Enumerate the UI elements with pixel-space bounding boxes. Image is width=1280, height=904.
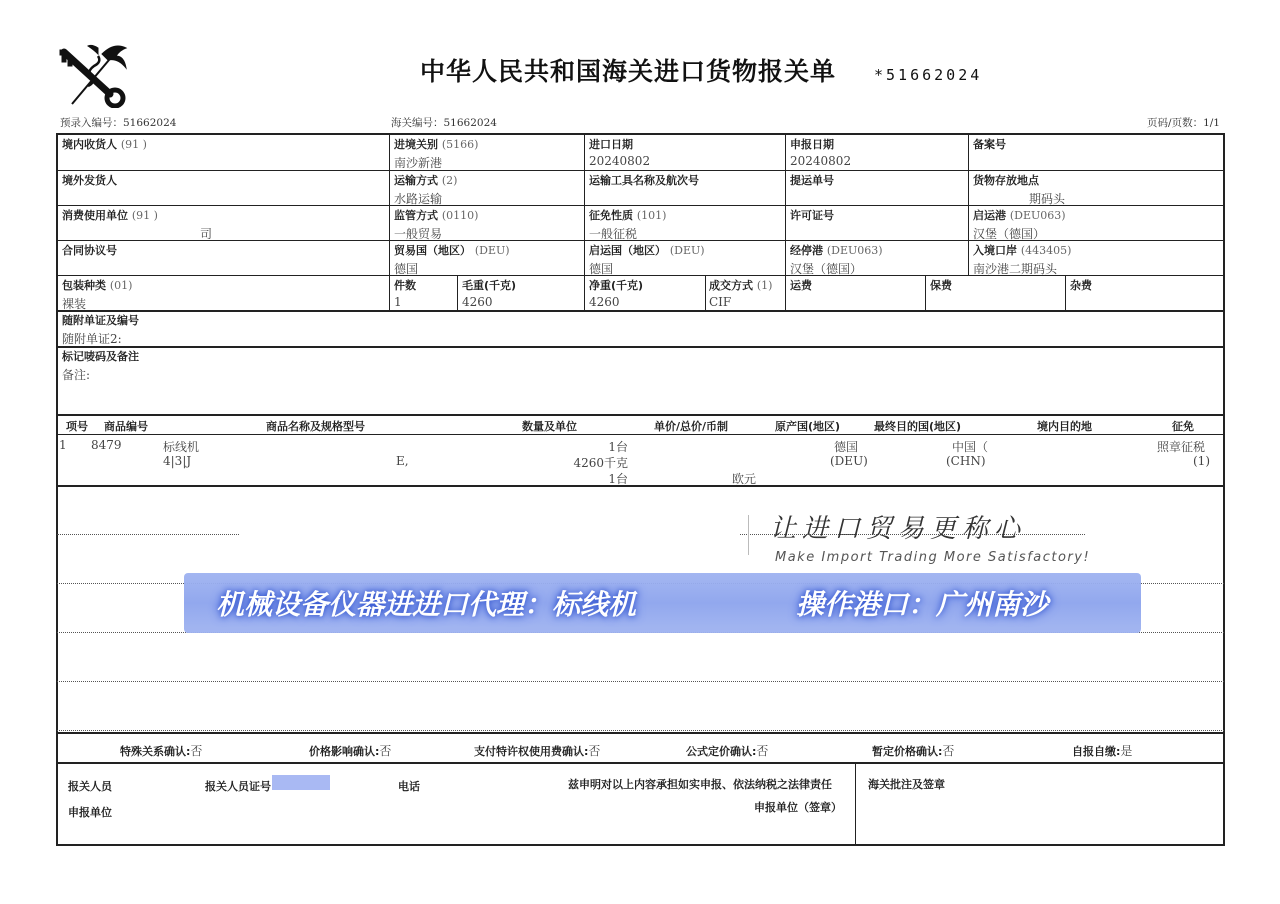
field-package-type: 包装种类 (01) 裸装 xyxy=(62,277,132,312)
entry-customs-value: 南沙新港 xyxy=(394,154,478,171)
header-domestic-dest: 境内目的地 xyxy=(1037,418,1092,434)
consumer-unit-label: 消费使用单位 xyxy=(62,209,128,222)
departure-port-value: 汉堡（德国） xyxy=(973,225,1066,242)
qty-1: 1台 xyxy=(608,438,628,455)
net-weight-label: 净重(千克) xyxy=(589,277,643,293)
field-consignor: 境外发货人 xyxy=(62,172,117,188)
departure-port-label: 启运港 xyxy=(973,209,1006,222)
dotted-line xyxy=(57,730,1224,731)
storage-place-label: 货物存放地点 xyxy=(973,172,1065,188)
officer-id-redaction xyxy=(272,775,330,790)
goods-spec-tail: E, xyxy=(396,454,409,468)
row-divider xyxy=(57,434,1224,435)
goods-spec: 4|3|J xyxy=(163,454,191,468)
field-import-date: 进口日期 20240802 xyxy=(589,136,650,168)
pieces-value: 1 xyxy=(394,295,416,309)
import-date-value: 20240802 xyxy=(589,154,650,168)
row-divider xyxy=(57,732,1224,734)
declaration-statement: 兹申明对以上内容承担如实申报、依法纳税之法律责任 xyxy=(568,776,832,792)
deal-mode-code: (1) xyxy=(757,279,773,292)
origin-country-value: 德国 xyxy=(589,260,705,277)
levy-nature-code: (101) xyxy=(637,209,667,222)
col-divider xyxy=(584,134,585,275)
package-type-label: 包装种类 xyxy=(62,279,106,292)
field-bill-no: 提运单号 xyxy=(790,172,834,188)
banner-service-text: 机械设备仪器进进口代理：标线机 xyxy=(216,583,636,623)
slogan-divider xyxy=(748,515,749,555)
field-declare-date: 申报日期 20240802 xyxy=(790,136,851,168)
row-divider xyxy=(57,762,1224,764)
customs-number: 海关编号：51662024 xyxy=(391,115,497,130)
confirm-value: 否 xyxy=(588,744,600,758)
consumer-unit-code: (91 ) xyxy=(132,209,158,222)
supervision-mode-label: 监管方式 xyxy=(394,209,438,222)
deal-mode-label: 成交方式 xyxy=(709,279,753,292)
field-marks-remarks: 标记唛码及备注 备注: xyxy=(62,348,139,383)
header-origin: 原产国(地区) xyxy=(775,418,840,434)
bill-no-label: 提运单号 xyxy=(790,172,834,188)
license-no-label: 许可证号 xyxy=(790,207,834,223)
confirm-label: 特殊关系确认: xyxy=(120,745,190,758)
header-hs-code: 商品编号 xyxy=(104,418,148,434)
transit-port-value: 汉堡（德国） xyxy=(790,260,883,277)
levy-nature-label: 征免性质 xyxy=(589,209,633,222)
page-indicator: 页码/页数：1/1 xyxy=(1147,115,1220,130)
slogan-chinese: 让进口贸易更称心 xyxy=(770,508,1026,545)
confirm-value: 否 xyxy=(379,744,391,758)
origin-country-code: (DEU) xyxy=(670,244,705,257)
customs-approval-label: 海关批注及签章 xyxy=(868,776,945,792)
field-misc-fee: 杂费 xyxy=(1070,277,1092,293)
item-no: 1 xyxy=(59,438,67,452)
field-contract-no: 合同协议号 xyxy=(62,242,117,258)
col-divider xyxy=(925,275,926,310)
confirm-label: 自报自缴: xyxy=(1072,745,1120,758)
col-divider xyxy=(584,275,585,310)
storage-place-value: 期码头 xyxy=(973,190,1065,207)
field-freight: 运费 xyxy=(790,277,812,293)
consumer-unit-value: 司 xyxy=(62,225,212,242)
row-divider xyxy=(57,485,1224,487)
confirm-formula-pricing: 公式定价确认:否 xyxy=(686,740,768,759)
dotted-line xyxy=(57,534,239,535)
freight-label: 运费 xyxy=(790,277,812,293)
page-indicator-value: 1/1 xyxy=(1203,117,1220,129)
final-dest-code: (CHN) xyxy=(946,454,986,468)
confirm-royalty: 支付特许权使用费确认:否 xyxy=(474,740,600,759)
header-item-no: 项号 xyxy=(66,418,88,434)
confirm-value: 否 xyxy=(942,744,954,758)
field-pieces: 件数 1 xyxy=(394,277,416,309)
contract-no-label: 合同协议号 xyxy=(62,242,117,258)
field-consumer-unit: 消费使用单位 (91 ) 司 xyxy=(62,207,212,242)
transport-mode-code: (2) xyxy=(442,174,458,187)
field-storage-place: 货物存放地点 期码头 xyxy=(973,172,1065,207)
marks-remarks-label: 标记唛码及备注 xyxy=(62,348,139,364)
hs-code: 8479 xyxy=(91,438,122,452)
entry-port-code: (443405) xyxy=(1021,244,1072,257)
origin-country-code: (DEU) xyxy=(830,454,868,468)
marks-remarks-value: 备注: xyxy=(62,366,139,383)
col-divider xyxy=(855,763,856,845)
field-origin-country: 启运国（地区） (DEU) 德国 xyxy=(589,242,705,277)
col-divider xyxy=(785,134,786,275)
col-divider xyxy=(389,134,390,275)
confirm-price-influence: 价格影响确认:否 xyxy=(309,740,391,759)
currency: 欧元 xyxy=(732,470,756,487)
col-divider xyxy=(1065,275,1066,310)
header-levy: 征免 xyxy=(1172,418,1194,434)
transport-mode-value: 水路运输 xyxy=(394,190,457,207)
page-indicator-label: 页码/页数： xyxy=(1147,117,1203,129)
field-entry-customs: 进境关别 (5166) 南沙新港 xyxy=(394,136,478,171)
origin-country-label: 启运国（地区） xyxy=(589,244,666,257)
field-attached-docs: 随附单证及编号 随附单证2: xyxy=(62,312,139,347)
pre-entry-number-label: 预录入编号： xyxy=(60,117,123,129)
gross-weight-label: 毛重(千克) xyxy=(462,277,516,293)
phone-label: 电话 xyxy=(398,778,420,794)
field-entry-port: 入境口岸 (443405) 南沙港二期码头 xyxy=(973,242,1071,277)
goods-name: 标线机 xyxy=(163,438,199,455)
header-name-spec: 商品名称及规格型号 xyxy=(266,418,365,434)
field-gross-weight: 毛重(千克) 4260 xyxy=(462,277,516,309)
entry-customs-code: (5166) xyxy=(442,138,479,151)
entry-port-value: 南沙港二期码头 xyxy=(973,260,1071,277)
qty-3: 1台 xyxy=(608,470,628,487)
field-levy-nature: 征免性质 (101) 一般征税 xyxy=(589,207,666,242)
field-consignee: 境内收货人 (91 ) xyxy=(62,136,147,152)
barcode-number: *51662024 xyxy=(874,66,982,84)
confirm-label: 价格影响确认: xyxy=(309,745,379,758)
field-license-no: 许可证号 xyxy=(790,207,834,223)
field-transport-mode: 运输方式 (2) 水路运输 xyxy=(394,172,457,207)
transit-port-code: (DEU063) xyxy=(827,244,883,257)
consignee-label: 境内收货人 xyxy=(62,138,117,151)
attached-docs-label: 随附单证及编号 xyxy=(62,312,139,328)
final-dest: 中国（ xyxy=(952,438,988,455)
pieces-label: 件数 xyxy=(394,277,416,293)
net-weight-value: 4260 xyxy=(589,295,643,309)
package-type-code: (01) xyxy=(110,279,133,292)
record-no-label: 备案号 xyxy=(973,136,1006,152)
confirm-special-relation: 特殊关系确认:否 xyxy=(120,740,202,759)
declarant-seal-label: 申报单位（签章） xyxy=(754,799,842,815)
consignee-code: (91 ) xyxy=(121,138,147,151)
row-divider xyxy=(57,346,1224,348)
document-title: 中华人民共和国海关进口货物报关单 xyxy=(420,52,836,88)
banner-port-text: 操作港口：广州南沙 xyxy=(796,583,1048,623)
confirm-value: 是 xyxy=(1120,744,1132,758)
col-divider xyxy=(389,275,390,310)
customs-number-value: 51662024 xyxy=(444,117,497,129)
deal-mode-value: CIF xyxy=(709,295,772,309)
officer-label: 报关人员 xyxy=(68,778,112,794)
key-caduceus-icon xyxy=(58,40,130,108)
confirm-label: 公式定价确认: xyxy=(686,745,756,758)
import-date-label: 进口日期 xyxy=(589,136,650,152)
levy-mode-code: (1) xyxy=(1193,454,1210,468)
header-price-currency: 单价/总价/币制 xyxy=(654,418,728,434)
customs-number-label: 海关编号： xyxy=(391,117,444,129)
entry-customs-label: 进境关别 xyxy=(394,138,438,151)
declare-date-label: 申报日期 xyxy=(790,136,851,152)
confirm-self-declare: 自报自缴:是 xyxy=(1072,740,1132,759)
trade-country-value: 德国 xyxy=(394,260,510,277)
col-divider xyxy=(705,275,706,310)
vessel-voyage-label: 运输工具名称及航次号 xyxy=(589,172,699,188)
field-transit-port: 经停港 (DEU063) 汉堡（德国） xyxy=(790,242,883,277)
confirm-provisional-price: 暂定价格确认:否 xyxy=(872,740,954,759)
field-departure-port: 启运港 (DEU063) 汉堡（德国） xyxy=(973,207,1066,242)
field-net-weight: 净重(千克) 4260 xyxy=(589,277,643,309)
trade-country-label: 贸易国（地区） xyxy=(394,244,471,257)
pre-entry-number-value: 51662024 xyxy=(123,117,176,129)
confirm-label: 支付特许权使用费确认: xyxy=(474,745,588,758)
col-divider xyxy=(785,275,786,310)
field-deal-mode: 成交方式 (1) CIF xyxy=(709,277,772,309)
officer-id-label: 报关人员证号 xyxy=(205,778,271,794)
field-record-no: 备案号 xyxy=(973,136,1006,152)
gross-weight-value: 4260 xyxy=(462,295,516,309)
field-vessel-voyage: 运输工具名称及航次号 xyxy=(589,172,699,188)
confirm-label: 暂定价格确认: xyxy=(872,745,942,758)
field-supervision-mode: 监管方式 (0110) 一般贸易 xyxy=(394,207,478,242)
col-divider xyxy=(968,134,969,275)
col-divider xyxy=(457,275,458,310)
transit-port-label: 经停港 xyxy=(790,244,823,257)
levy-nature-value: 一般征税 xyxy=(589,225,666,242)
package-type-value: 裸装 xyxy=(62,295,132,312)
promo-banner: 机械设备仪器进进口代理：标线机 操作港口：广州南沙 xyxy=(184,573,1141,633)
qty-2: 4260千克 xyxy=(573,454,628,471)
attached-docs-value: 随附单证2: xyxy=(62,330,139,347)
confirm-value: 否 xyxy=(756,744,768,758)
misc-fee-label: 杂费 xyxy=(1070,277,1092,293)
supervision-mode-value: 一般贸易 xyxy=(394,225,478,242)
pre-entry-number: 预录入编号：51662024 xyxy=(60,115,176,130)
field-insurance: 保费 xyxy=(930,277,952,293)
header-qty-unit: 数量及单位 xyxy=(522,418,577,434)
row-divider xyxy=(57,414,1224,416)
supervision-mode-code: (0110) xyxy=(442,209,479,222)
declare-date-value: 20240802 xyxy=(790,154,851,168)
customs-emblem-logo xyxy=(58,40,130,108)
transport-mode-label: 运输方式 xyxy=(394,174,438,187)
insurance-label: 保费 xyxy=(930,277,952,293)
confirm-value: 否 xyxy=(190,744,202,758)
trade-country-code: (DEU) xyxy=(475,244,510,257)
field-trade-country: 贸易国（地区） (DEU) 德国 xyxy=(394,242,510,277)
row-divider xyxy=(57,310,1224,312)
entry-port-label: 入境口岸 xyxy=(973,244,1017,257)
dotted-line xyxy=(57,681,1224,682)
row-divider xyxy=(57,170,1224,171)
origin-country: 德国 xyxy=(834,438,858,455)
consignor-label: 境外发货人 xyxy=(62,172,117,188)
declarant-unit-label: 申报单位 xyxy=(68,804,112,820)
levy-mode: 照章征税 xyxy=(1157,438,1205,455)
header-final-dest: 最终目的国(地区) xyxy=(874,418,961,434)
departure-port-code: (DEU063) xyxy=(1010,209,1066,222)
slogan-english: Make Import Trading More Satisfactory! xyxy=(775,550,1090,565)
